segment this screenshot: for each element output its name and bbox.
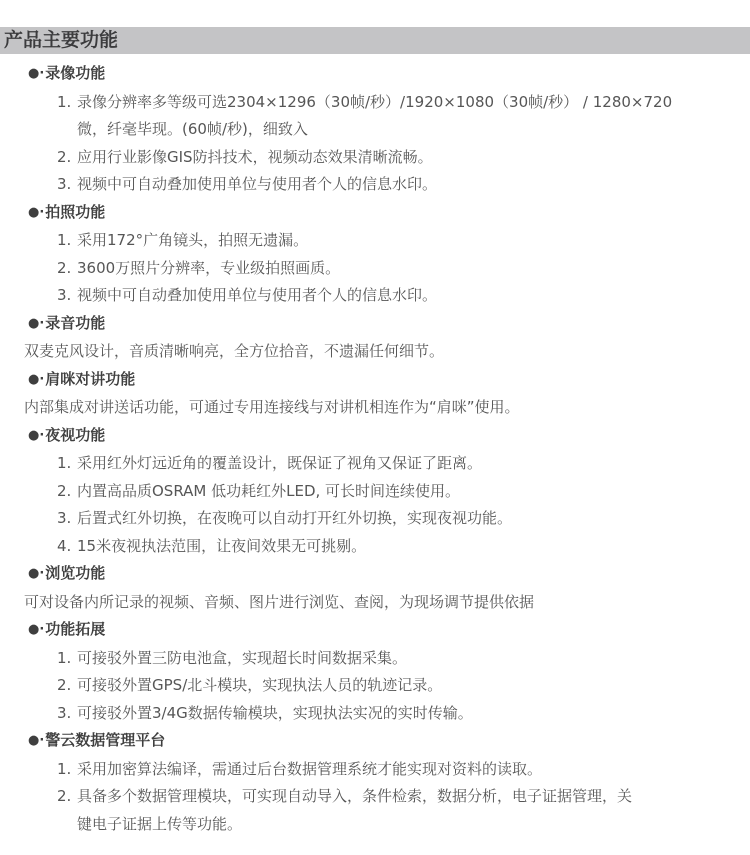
item-number: 2.: [57, 255, 77, 283]
item-text: 录像分辨率多等级可选2304×1296（30帧/秒）/1920×1080（30帧…: [77, 89, 672, 144]
section-expansion: ●·功能拓展 1. 可接驳外置三防电池盒，实现超长时间数据采集。 2. 可接驳外…: [0, 616, 750, 727]
list-item: 2. 内置高品质OSRAM 低功耗红外LED, 可长时间连续使用。: [57, 478, 730, 506]
list-item: 3. 可接驳外置3/4G数据传输模块，实现执法实况的实时传输。: [57, 700, 730, 728]
section-recording: ●·录像功能 1. 录像分辨率多等级可选2304×1296（30帧/秒）/192…: [0, 60, 750, 199]
section-heading: ●·录音功能: [28, 310, 750, 339]
section-browse: ●·浏览功能 可对设备内所记录的视频、音频、图片进行浏览、查阅，为现场调节提供依…: [0, 560, 750, 616]
section-heading-label: 拍照功能: [45, 203, 105, 221]
item-text: 内置高品质OSRAM 低功耗红外LED, 可长时间连续使用。: [77, 478, 460, 506]
item-number: 2.: [57, 783, 77, 838]
item-number: 3.: [57, 171, 77, 199]
list-item: 1. 采用加密算法编译，需通过后台数据管理系统才能实现对资料的读取。: [57, 756, 730, 784]
item-text: 具备多个数据管理模块，可实现自动导入，条件检索，数据分析，电子证据管理，关 键电…: [77, 783, 632, 838]
list-item: 1. 可接驳外置三防电池盒，实现超长时间数据采集。: [57, 645, 730, 673]
item-text: 采用红外灯远近角的覆盖设计，既保证了视角又保证了距离。: [77, 450, 482, 478]
item-text: 15米夜视执法范围，让夜间效果无可挑剔。: [77, 533, 366, 561]
page-title: 产品主要功能: [4, 29, 118, 51]
section-heading: ●·警云数据管理平台: [28, 727, 750, 756]
list-item: 1. 采用172°广角镜头，拍照无遗漏。: [57, 227, 730, 255]
item-number: 3.: [57, 282, 77, 310]
item-text: 采用加密算法编译，需通过后台数据管理系统才能实现对资料的读取。: [77, 756, 542, 784]
item-number: 1.: [57, 756, 77, 784]
item-text: 可接驳外置3/4G数据传输模块，实现执法实况的实时传输。: [77, 700, 473, 728]
item-text: 视频中可自动叠加使用单位与使用者个人的信息水印。: [77, 282, 437, 310]
item-number: 3.: [57, 700, 77, 728]
bullet-icon: ●·: [28, 316, 44, 331]
item-number: 2.: [57, 478, 77, 506]
item-number: 4.: [57, 533, 77, 561]
section-heading-label: 录音功能: [45, 314, 105, 332]
item-number: 2.: [57, 144, 77, 172]
section-heading: ●·肩咪对讲功能: [28, 366, 750, 395]
section-heading: ●·夜视功能: [28, 422, 750, 451]
item-number: 1.: [57, 89, 77, 144]
section-audio: ●·录音功能 双麦克风设计，音质清晰响亮，全方位拾音，不遗漏任何细节。: [0, 310, 750, 366]
section-heading-label: 肩咪对讲功能: [45, 370, 135, 388]
item-number: 1.: [57, 645, 77, 673]
bullet-icon: ●·: [28, 372, 44, 387]
bullet-icon: ●·: [28, 428, 44, 443]
item-number: 3.: [57, 505, 77, 533]
list-item: 1. 录像分辨率多等级可选2304×1296（30帧/秒）/1920×1080（…: [57, 89, 730, 144]
item-number: 2.: [57, 672, 77, 700]
section-heading: ●·录像功能: [28, 60, 750, 89]
section-heading: ●·功能拓展: [28, 616, 750, 645]
list-item: 2. 可接驳外置GPS/北斗模块，实现执法人员的轨迹记录。: [57, 672, 730, 700]
item-text: 可接驳外置三防电池盒，实现超长时间数据采集。: [77, 645, 407, 673]
bullet-icon: ●·: [28, 205, 44, 220]
list-item: 1. 采用红外灯远近角的覆盖设计，既保证了视角又保证了距离。: [57, 450, 730, 478]
item-text: 3600万照片分辨率，专业级拍照画质。: [77, 255, 340, 283]
item-text: 可接驳外置GPS/北斗模块，实现执法人员的轨迹记录。: [77, 672, 442, 700]
bullet-icon: ●·: [28, 566, 44, 581]
section-nightvision: ●·夜视功能 1. 采用红外灯远近角的覆盖设计，既保证了视角又保证了距离。 2.…: [0, 422, 750, 561]
section-paragraph: 可对设备内所记录的视频、音频、图片进行浏览、查阅，为现场调节提供依据: [24, 589, 740, 617]
bullet-icon: ●·: [28, 66, 44, 81]
section-heading-label: 夜视功能: [45, 426, 105, 444]
section-heading: ●·浏览功能: [28, 560, 750, 589]
item-text: 视频中可自动叠加使用单位与使用者个人的信息水印。: [77, 171, 437, 199]
bullet-icon: ●·: [28, 622, 44, 637]
section-intercom: ●·肩咪对讲功能 内部集成对讲送话功能，可通过专用连接线与对讲机相连作为“肩咪”…: [0, 366, 750, 422]
item-text: 应用行业影像GIS防抖技术，视频动态效果清晰流畅。: [77, 144, 433, 172]
item-number: 1.: [57, 450, 77, 478]
section-data-platform: ●·警云数据管理平台 1. 采用加密算法编译，需通过后台数据管理系统才能实现对资…: [0, 727, 750, 838]
section-paragraph: 内部集成对讲送话功能，可通过专用连接线与对讲机相连作为“肩咪”使用。: [24, 394, 740, 422]
item-number: 1.: [57, 227, 77, 255]
section-paragraph: 双麦克风设计，音质清晰响亮，全方位拾音，不遗漏任何细节。: [24, 338, 740, 366]
list-item: 3. 后置式红外切换，在夜晚可以自动打开红外切换，实现夜视功能。: [57, 505, 730, 533]
section-heading-label: 功能拓展: [45, 620, 105, 638]
list-item: 4. 15米夜视执法范围，让夜间效果无可挑剔。: [57, 533, 730, 561]
section-photo: ●·拍照功能 1. 采用172°广角镜头，拍照无遗漏。 2. 3600万照片分辨…: [0, 199, 750, 310]
section-title-bar: 产品主要功能: [0, 27, 750, 54]
section-heading-label: 警云数据管理平台: [45, 731, 165, 749]
bullet-icon: ●·: [28, 733, 44, 748]
section-heading-label: 浏览功能: [45, 564, 105, 582]
list-item: 2. 具备多个数据管理模块，可实现自动导入，条件检索，数据分析，电子证据管理，关…: [57, 783, 730, 838]
list-item: 2. 应用行业影像GIS防抖技术，视频动态效果清晰流畅。: [57, 144, 730, 172]
product-features-page: 产品主要功能 ●·录像功能 1. 录像分辨率多等级可选2304×1296（30帧…: [0, 0, 750, 855]
section-heading-label: 录像功能: [45, 64, 105, 82]
item-text: 采用172°广角镜头，拍照无遗漏。: [77, 227, 308, 255]
list-item: 3. 视频中可自动叠加使用单位与使用者个人的信息水印。: [57, 282, 730, 310]
list-item: 2. 3600万照片分辨率，专业级拍照画质。: [57, 255, 730, 283]
features-content: ●·录像功能 1. 录像分辨率多等级可选2304×1296（30帧/秒）/192…: [0, 54, 750, 838]
section-heading: ●·拍照功能: [28, 199, 750, 228]
list-item: 3. 视频中可自动叠加使用单位与使用者个人的信息水印。: [57, 171, 730, 199]
item-text: 后置式红外切换，在夜晚可以自动打开红外切换，实现夜视功能。: [77, 505, 512, 533]
